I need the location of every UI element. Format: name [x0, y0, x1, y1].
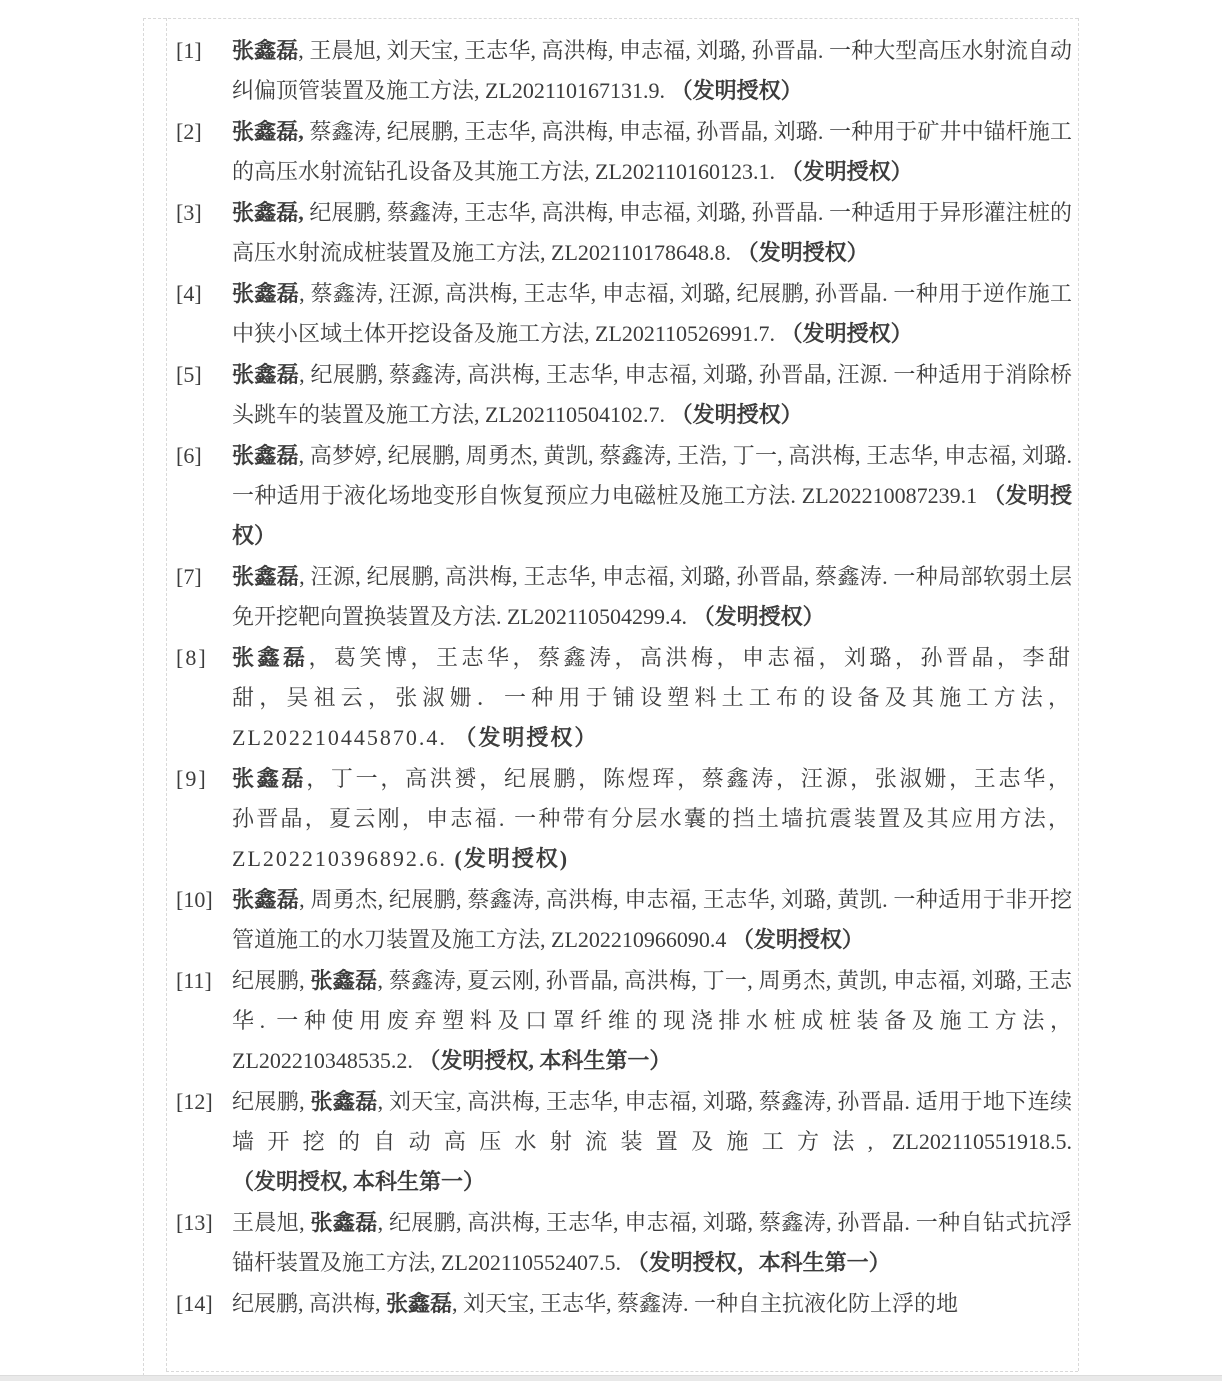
- entry-number: [3]: [176, 193, 202, 233]
- entry-number: [13]: [176, 1203, 213, 1243]
- entry-text-segment: 纪展鹏,: [232, 968, 310, 993]
- entry-text-bold-segment: 张鑫磊: [386, 1291, 452, 1316]
- entry-text-segment: , 刘天宝, 王志华, 蔡鑫涛. 一种自主抗液化防上浮的地: [452, 1291, 958, 1316]
- entry-text: 张鑫磊, 周勇杰, 纪展鹏, 蔡鑫涛, 高洪梅, 申志福, 王志华, 刘璐, 黄…: [232, 887, 1072, 952]
- entry-text: 张鑫磊，葛笑博，王志华，蔡鑫涛，高洪梅，申志福，刘璐，孙晋晶，李甜甜，吴祖云，张…: [232, 645, 1072, 750]
- entry-text: 纪展鹏, 张鑫磊, 蔡鑫涛, 夏云刚, 孙晋晶, 高洪梅, 丁一, 周勇杰, 黄…: [232, 968, 1072, 1073]
- content-frame-border-left-outer: [143, 18, 144, 1376]
- entry-text: 张鑫磊，丁一，高洪赟，纪展鹏，陈煜珲，蔡鑫涛，汪源，张淑姗，王志华，孙晋晶，夏云…: [232, 766, 1072, 871]
- entry-text-bold-segment: 张鑫磊: [232, 362, 299, 387]
- entry-text-bold-segment: （发明授权）: [671, 78, 803, 103]
- publication-entry: [14]纪展鹏, 高洪梅, 张鑫磊, 刘天宝, 王志华, 蔡鑫涛. 一种自主抗液…: [176, 1284, 1072, 1324]
- entry-text-bold-segment: (发明授权): [454, 846, 569, 871]
- entry-number: [2]: [176, 112, 202, 152]
- entry-text-segment: , 汪源, 纪展鹏, 高洪梅, 王志华, 申志福, 刘璐, 孙晋晶, 蔡鑫涛. …: [232, 564, 1072, 629]
- entry-text-segment: , 蔡鑫涛, 汪源, 高洪梅, 王志华, 申志福, 刘璐, 纪展鹏, 孙晋晶. …: [232, 281, 1072, 346]
- document-page: [1]张鑫磊, 王晨旭, 刘天宝, 王志华, 高洪梅, 申志福, 刘璐, 孙晋晶…: [0, 0, 1222, 1381]
- content-frame-border-bottom: [166, 1371, 1078, 1372]
- entry-text-bold-segment: （发明授权）: [454, 725, 598, 750]
- entry-text-bold-segment: 张鑫磊: [232, 38, 298, 63]
- publication-entry: [5]张鑫磊, 纪展鹏, 蔡鑫涛, 高洪梅, 王志华, 申志福, 刘璐, 孙晋晶…: [176, 355, 1072, 435]
- entry-number: [14]: [176, 1284, 213, 1324]
- entry-text-segment: , 王晨旭, 刘天宝, 王志华, 高洪梅, 申志福, 刘璐, 孙晋晶. 一种大型…: [232, 38, 1072, 103]
- entry-text-bold-segment: 张鑫磊,: [232, 119, 304, 144]
- entry-text-segment: ，葛笑博，王志华，蔡鑫涛，高洪梅，申志福，刘璐，孙晋晶，李甜甜，吴祖云，张淑姗．…: [232, 645, 1072, 750]
- entry-text-bold-segment: 张鑫磊: [232, 645, 309, 670]
- entry-text-bold-segment: （发明授权, 本科生第一）: [418, 1048, 671, 1073]
- entry-text: 张鑫磊, 纪展鹏, 蔡鑫涛, 高洪梅, 王志华, 申志福, 刘璐, 孙晋晶, 汪…: [232, 362, 1072, 427]
- entry-number: [9]: [176, 759, 208, 799]
- entry-number: [1]: [176, 31, 202, 71]
- entry-text-bold-segment: （发明授权）: [781, 321, 913, 346]
- publication-entry: [2]张鑫磊, 蔡鑫涛, 纪展鹏, 王志华, 高洪梅, 申志福, 孙晋晶, 刘璐…: [176, 112, 1072, 192]
- entry-text-bold-segment: 张鑫磊: [232, 564, 299, 589]
- publication-entry: [9]张鑫磊，丁一，高洪赟，纪展鹏，陈煜珲，蔡鑫涛，汪源，张淑姗，王志华，孙晋晶…: [176, 759, 1072, 879]
- publication-entry: [6]张鑫磊, 高梦婷, 纪展鹏, 周勇杰, 黄凯, 蔡鑫涛, 王浩, 丁一, …: [176, 436, 1072, 556]
- entry-number: [7]: [176, 557, 202, 597]
- entry-text-bold-segment: 张鑫磊,: [232, 200, 304, 225]
- entry-text-bold-segment: 张鑫磊: [232, 887, 299, 912]
- entry-number: [4]: [176, 274, 202, 314]
- publication-entry: [12]纪展鹏, 张鑫磊, 刘天宝, 高洪梅, 王志华, 申志福, 刘璐, 蔡鑫…: [176, 1082, 1072, 1202]
- entry-text: 纪展鹏, 高洪梅, 张鑫磊, 刘天宝, 王志华, 蔡鑫涛. 一种自主抗液化防上浮…: [232, 1291, 958, 1316]
- entry-text-bold-segment: （发明授权，本科生第一）: [627, 1250, 891, 1275]
- entry-number: [6]: [176, 436, 202, 476]
- entry-text-segment: ，丁一，高洪赟，纪展鹏，陈煜珲，蔡鑫涛，汪源，张淑姗，王志华，孙晋晶，夏云刚，申…: [232, 766, 1072, 871]
- entry-text: 王晨旭, 张鑫磊, 纪展鹏, 高洪梅, 王志华, 申志福, 刘璐, 蔡鑫涛, 孙…: [232, 1210, 1072, 1275]
- entry-text-segment: 纪展鹏, 高洪梅,: [232, 1291, 386, 1316]
- page-bottom-edge: [0, 1375, 1222, 1381]
- entry-text-bold-segment: （发明授权）: [671, 402, 803, 427]
- publication-entry: [7]张鑫磊, 汪源, 纪展鹏, 高洪梅, 王志华, 申志福, 刘璐, 孙晋晶,…: [176, 557, 1072, 637]
- entry-number: [5]: [176, 355, 202, 395]
- entry-text-segment: 纪展鹏, 蔡鑫涛, 王志华, 高洪梅, 申志福, 刘璐, 孙晋晶. 一种适用于异…: [232, 200, 1072, 265]
- publication-entry: [3]张鑫磊, 纪展鹏, 蔡鑫涛, 王志华, 高洪梅, 申志福, 刘璐, 孙晋晶…: [176, 193, 1072, 273]
- entry-text-bold-segment: 张鑫磊: [310, 1210, 377, 1235]
- publication-entry: [4]张鑫磊, 蔡鑫涛, 汪源, 高洪梅, 王志华, 申志福, 刘璐, 纪展鹏,…: [176, 274, 1072, 354]
- publication-list: [1]张鑫磊, 王晨旭, 刘天宝, 王志华, 高洪梅, 申志福, 刘璐, 孙晋晶…: [176, 18, 1072, 1325]
- entry-number: [10]: [176, 880, 213, 920]
- entry-text-bold-segment: 张鑫磊: [232, 281, 299, 306]
- entry-text-bold-segment: （发明授权）: [781, 159, 913, 184]
- publication-entry: [13]王晨旭, 张鑫磊, 纪展鹏, 高洪梅, 王志华, 申志福, 刘璐, 蔡鑫…: [176, 1203, 1072, 1283]
- content-frame-border-right: [1078, 18, 1079, 1371]
- entry-text-segment: , 周勇杰, 纪展鹏, 蔡鑫涛, 高洪梅, 申志福, 王志华, 刘璐, 黄凯. …: [232, 887, 1072, 952]
- entry-text: 张鑫磊, 高梦婷, 纪展鹏, 周勇杰, 黄凯, 蔡鑫涛, 王浩, 丁一, 高洪梅…: [232, 443, 1072, 548]
- entry-text-bold-segment: （发明授权）: [732, 927, 864, 952]
- entry-text-segment: 王晨旭,: [232, 1210, 310, 1235]
- entry-text-segment: , 纪展鹏, 蔡鑫涛, 高洪梅, 王志华, 申志福, 刘璐, 孙晋晶, 汪源. …: [232, 362, 1072, 427]
- entry-text-bold-segment: （发明授权, 本科生第一）: [232, 1169, 485, 1194]
- entry-text: 张鑫磊, 蔡鑫涛, 汪源, 高洪梅, 王志华, 申志福, 刘璐, 纪展鹏, 孙晋…: [232, 281, 1072, 346]
- entry-number: [11]: [176, 961, 212, 1001]
- entry-text-segment: 纪展鹏,: [232, 1089, 310, 1114]
- entry-text-bold-segment: 张鑫磊: [310, 968, 377, 993]
- content-frame-border-left-inner: [166, 18, 167, 1371]
- entry-text: 张鑫磊, 纪展鹏, 蔡鑫涛, 王志华, 高洪梅, 申志福, 刘璐, 孙晋晶. 一…: [232, 200, 1072, 265]
- publication-entry: [11]纪展鹏, 张鑫磊, 蔡鑫涛, 夏云刚, 孙晋晶, 高洪梅, 丁一, 周勇…: [176, 961, 1072, 1081]
- entry-text-bold-segment: （发明授权）: [737, 240, 869, 265]
- publication-entry: [8]张鑫磊，葛笑博，王志华，蔡鑫涛，高洪梅，申志福，刘璐，孙晋晶，李甜甜，吴祖…: [176, 638, 1072, 758]
- entry-text: 张鑫磊, 汪源, 纪展鹏, 高洪梅, 王志华, 申志福, 刘璐, 孙晋晶, 蔡鑫…: [232, 564, 1072, 629]
- publication-entry: [10]张鑫磊, 周勇杰, 纪展鹏, 蔡鑫涛, 高洪梅, 申志福, 王志华, 刘…: [176, 880, 1072, 960]
- publication-entry: [1]张鑫磊, 王晨旭, 刘天宝, 王志华, 高洪梅, 申志福, 刘璐, 孙晋晶…: [176, 31, 1072, 111]
- entry-number: [12]: [176, 1082, 213, 1122]
- entry-text-segment: , 高梦婷, 纪展鹏, 周勇杰, 黄凯, 蔡鑫涛, 王浩, 丁一, 高洪梅, 王…: [232, 443, 1072, 508]
- entry-text: 纪展鹏, 张鑫磊, 刘天宝, 高洪梅, 王志华, 申志福, 刘璐, 蔡鑫涛, 孙…: [232, 1089, 1072, 1194]
- entry-text: 张鑫磊, 蔡鑫涛, 纪展鹏, 王志华, 高洪梅, 申志福, 孙晋晶, 刘璐. 一…: [232, 119, 1072, 184]
- entry-number: [8]: [176, 638, 208, 678]
- entry-text: 张鑫磊, 王晨旭, 刘天宝, 王志华, 高洪梅, 申志福, 刘璐, 孙晋晶. 一…: [232, 38, 1072, 103]
- entry-text-bold-segment: （发明授权）: [693, 604, 825, 629]
- entry-text-bold-segment: 张鑫磊: [310, 1089, 377, 1114]
- entry-text-bold-segment: 张鑫磊: [232, 443, 299, 468]
- entry-text-bold-segment: 张鑫磊: [232, 766, 306, 791]
- entry-text-segment: 蔡鑫涛, 纪展鹏, 王志华, 高洪梅, 申志福, 孙晋晶, 刘璐. 一种用于矿井…: [232, 119, 1072, 184]
